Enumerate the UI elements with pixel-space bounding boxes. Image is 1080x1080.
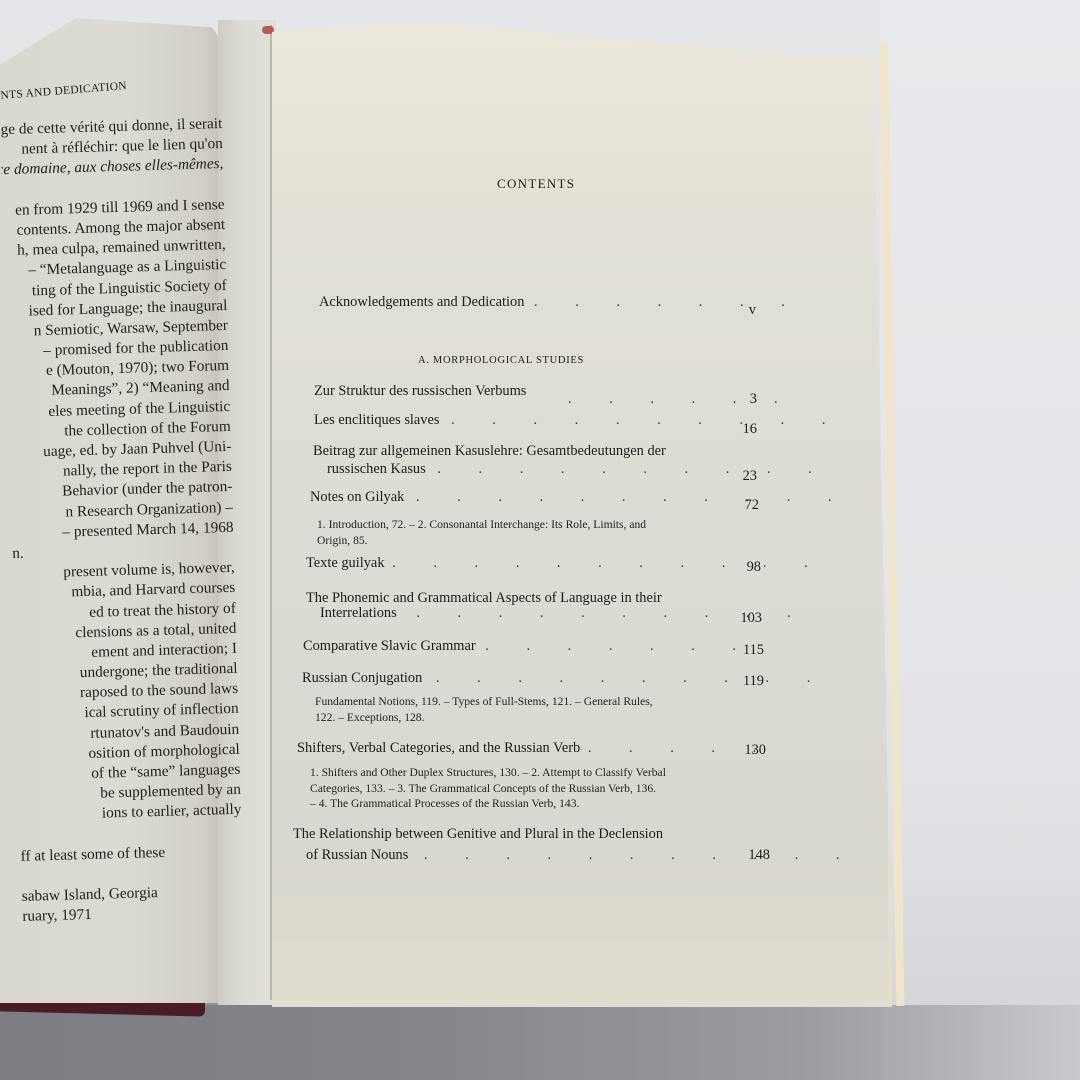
toc-subentries: 1. Introduction, 72. – 2. Consonantal In… — [317, 517, 646, 548]
toc-entry-continuation: of Russian Nouns . . . . . . . . . . . — [306, 845, 857, 865]
toc-page-number: 103 — [718, 608, 762, 628]
background-surface — [880, 0, 1080, 1080]
contents-title: CONTENTS — [497, 176, 575, 192]
toc-entry: Zur Struktur des russischen Verbums — [314, 381, 526, 401]
toc-entry: Les enclitiques slaves . . . . . . . . .… — [314, 410, 842, 430]
toc-entry: The Relationship between Genitive and Pl… — [293, 824, 663, 844]
book-photo: NTS AND DEDICATION ge de cette vérité qu… — [0, 0, 1080, 1080]
toc-page-number: v — [712, 300, 756, 320]
toc-page-number: 98 — [717, 557, 761, 577]
left-page-text: ge de cette vérité qui donne, il serait … — [0, 114, 244, 927]
gutter-fold — [270, 25, 272, 1000]
toc-subentries: 1. Shifters and Other Duplex Structures,… — [310, 765, 666, 812]
toc-page-number: 119 — [720, 671, 764, 691]
toc-entry: Shifters, Verbal Categories, and the Rus… — [297, 738, 773, 758]
toc-page-number: 23 — [713, 466, 757, 486]
toc-entry: Beitrag zur allgemeinen Kasuslehre: Gesa… — [313, 441, 666, 461]
toc-entry: Notes on Gilyak . . . . . . . . . . . — [310, 487, 849, 507]
toc-page-number: 115 — [720, 640, 764, 660]
toc-page-number: 16 — [713, 419, 757, 439]
toc-page-number: 148 — [726, 845, 770, 865]
toc-page-number: 72 — [715, 495, 759, 515]
toc-page-number: 130 — [722, 740, 766, 760]
table-surface — [0, 1005, 1080, 1080]
toc-page-number: 3 — [713, 389, 757, 409]
toc-entry: Comparative Slavic Grammar . . . . . . . — [303, 636, 753, 656]
toc-subentries: Fundamental Notions, 119. – Types of Ful… — [315, 694, 653, 725]
section-heading: A. MORPHOLOGICAL STUDIES — [418, 355, 584, 366]
